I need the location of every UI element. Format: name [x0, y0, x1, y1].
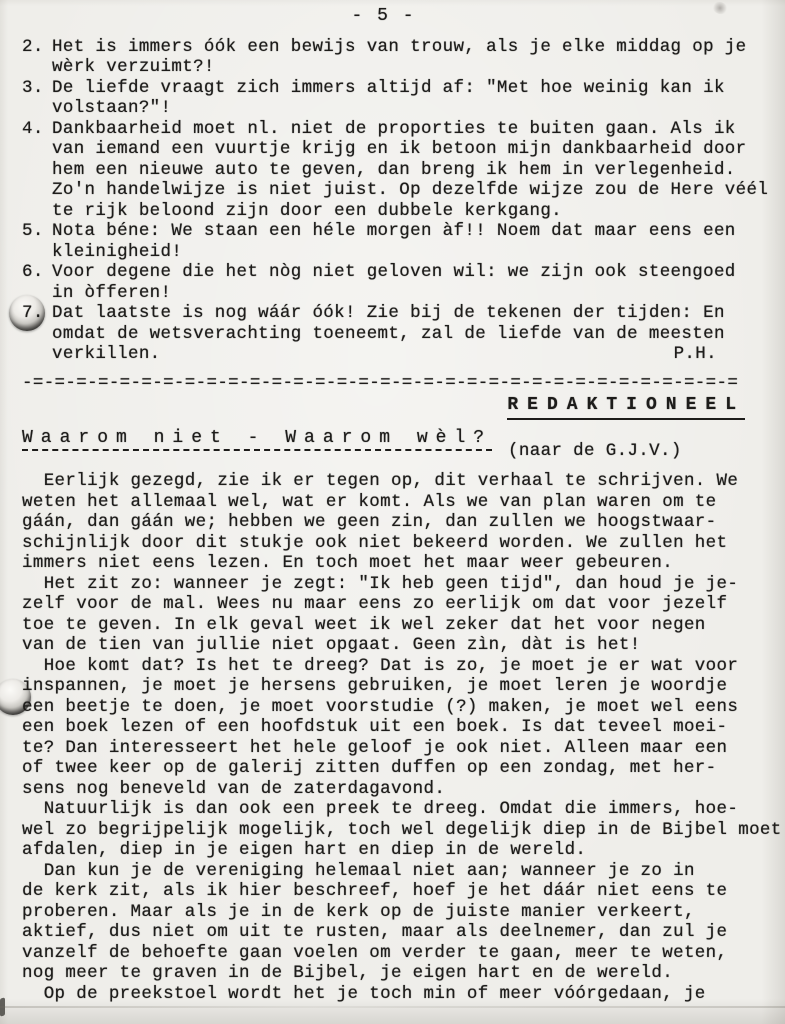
text-line: Voor degene die het nòg niet geloven wil…	[52, 262, 745, 283]
list-item: 6.Voor degene die het nòg niet geloven w…	[22, 262, 745, 303]
list-item: 5.Nota béne: We staan een héle morgen àf…	[22, 221, 745, 262]
article-byline: (naar de G.J.V.)	[508, 441, 682, 462]
text-line: te rijk beloond zijn door een dubbele ke…	[52, 201, 768, 222]
text-line: kleinigheid!	[52, 242, 745, 263]
scanned-document-page: - 5 - 2.Het is immers óók een bewijs van…	[0, 0, 785, 1024]
list-item-number: 2.	[22, 37, 52, 78]
article-title-row: Waarom niet - Waarom wèl? (naar de G.J.V…	[22, 428, 745, 462]
text-line: volstaan?"!	[52, 98, 745, 119]
text-line: wel zo begrijpelijk mogelijk, toch wel d…	[22, 820, 745, 841]
paragraph: Dan kun je de vereniging helemaal niet a…	[22, 861, 745, 984]
text-line: Dan kun je de vereniging helemaal niet a…	[22, 861, 745, 882]
text-line: hem een nieuwe auto te geven, dan breng …	[52, 160, 768, 181]
text-line: Dankbaarheid moet nl. niet de proporties…	[52, 119, 768, 140]
divider-line: -=-=-=-=-=-=-=-=-=-=-=-=-=-=-=-=-=-=-=-=…	[22, 373, 745, 394]
list-item-text: Nota béne: We staan een héle morgen àf!!…	[52, 221, 745, 262]
list-item-number: 4.	[22, 119, 52, 222]
text-line: immers niet eens lezen. En toch moet het…	[22, 553, 745, 574]
list-item-number: 7.	[22, 303, 52, 365]
list-item-number: 5.	[22, 221, 52, 262]
paragraph: Natuurlijk is dan ook een preek te dreeg…	[22, 799, 745, 861]
text-line: of twee keer op de galerij zitten duffen…	[22, 758, 745, 779]
text-line: vanzelf de behoefte gaan voelen om verde…	[22, 943, 745, 964]
list-item-number: 3.	[22, 78, 52, 119]
list-item: 3.De liefde vraagt zich immers altijd af…	[22, 78, 745, 119]
text-line: sens nog beneveld van de zaterdagavond.	[22, 779, 745, 800]
text-line: gáán, dan gáán we; hebben we geen zin, d…	[22, 512, 745, 533]
paragraph: Op de preekstoel wordt het je toch min o…	[22, 984, 745, 1005]
text-line: omdat de wetsverachting toeneemt, zal de…	[52, 324, 745, 345]
section-heading: REDAKTIONEEL	[507, 395, 745, 420]
text-line: aktief, dus niet om uit te rusten, maar …	[22, 922, 745, 943]
text-line: afdalen, diep in je eigen hart en diep i…	[22, 840, 745, 861]
text-line: in òfferen!	[52, 283, 745, 304]
text-line: wèrk verzuimt?!	[52, 57, 747, 78]
text-line: Het zit zo: wanneer je zegt: "Ik heb gee…	[22, 574, 745, 595]
text-line: Hoe komt dat? Is het te dreeg? Dat is zo…	[22, 656, 745, 677]
text-line: Zo'n handelwijze is niet juist. Op dezel…	[52, 180, 768, 201]
paragraph: Eerlijk gezegd, zie ik er tegen op, dit …	[22, 471, 745, 574]
paragraph: Hoe komt dat? Is het te dreeg? Dat is zo…	[22, 656, 745, 800]
text-line: nog meer te graven in de Bijbel, je eige…	[22, 963, 745, 984]
paragraph: Het zit zo: wanneer je zegt: "Ik heb gee…	[22, 574, 745, 656]
page-content: - 5 - 2.Het is immers óók een bewijs van…	[0, 0, 785, 1024]
text-line: de kerk zit, als ik hier beschreef, hoef…	[22, 881, 745, 902]
text-line: toe te geven. In elk geval weet ik wel z…	[22, 615, 745, 636]
numbered-list: 2.Het is immers óók een bewijs van trouw…	[22, 37, 745, 365]
text-line: weten het allemaal wel, wat er komt. Als…	[22, 492, 745, 513]
text-line: Het is immers óók een bewijs van trouw, …	[52, 37, 747, 58]
list-item: 7.Dat laatste is nog wáár óók! Zie bij d…	[22, 303, 745, 365]
list-item-text: Het is immers óók een bewijs van trouw, …	[52, 37, 747, 78]
text-line: Eerlijk gezegd, zie ik er tegen op, dit …	[22, 471, 745, 492]
list-item-number: 6.	[22, 262, 52, 303]
text-line: Nota béne: We staan een héle morgen àf!!…	[52, 221, 745, 242]
text-line: verkillen.P.H.	[52, 344, 745, 365]
text-line: een boek lezen of een hoofdstuk uit een …	[22, 717, 745, 738]
text-line: van de tien van jullie niet opgaat. Geen…	[22, 635, 745, 656]
text-line: zelf voor de mal. Wees nu maar eens zo e…	[22, 594, 745, 615]
list-item-text: Voor degene die het nòg niet geloven wil…	[52, 262, 745, 303]
list-item-text: Dankbaarheid moet nl. niet de proporties…	[52, 119, 768, 222]
text-line: schijnlijk door dit stukje ook niet beke…	[22, 533, 745, 554]
text-line: Natuurlijk is dan ook een preek te dreeg…	[22, 799, 745, 820]
text-line: te? Dan interesseert het hele geloof je …	[22, 738, 745, 759]
article-title: Waarom niet - Waarom wèl?	[22, 428, 492, 452]
text-line: Dat laatste is nog wáár óók! Zie bij de …	[52, 303, 745, 324]
article-body: Eerlijk gezegd, zie ik er tegen op, dit …	[22, 471, 745, 1004]
text-line: Op de preekstoel wordt het je toch min o…	[22, 984, 745, 1005]
text-line: een beetje te doen, je moet voorstudie (…	[22, 697, 745, 718]
list-item: 2.Het is immers óók een bewijs van trouw…	[22, 37, 745, 78]
list-item: 4.Dankbaarheid moet nl. niet de proporti…	[22, 119, 745, 222]
list-item-text: Dat laatste is nog wáár óók! Zie bij de …	[52, 303, 745, 365]
text-line: De liefde vraagt zich immers altijd af: …	[52, 78, 745, 99]
list-item-text: De liefde vraagt zich immers altijd af: …	[52, 78, 745, 119]
page-number: - 5 -	[22, 6, 745, 27]
section-heading-row: REDAKTIONEEL	[22, 395, 745, 420]
text-line: proberen. Maar als je in de kerk op de j…	[22, 902, 745, 923]
text-line: van iemand een vuurtje krijg en ik betoo…	[52, 139, 768, 160]
author-initials: P.H.	[674, 344, 717, 365]
text-line: inspannen, je moet je hersens gebruiken,…	[22, 676, 745, 697]
